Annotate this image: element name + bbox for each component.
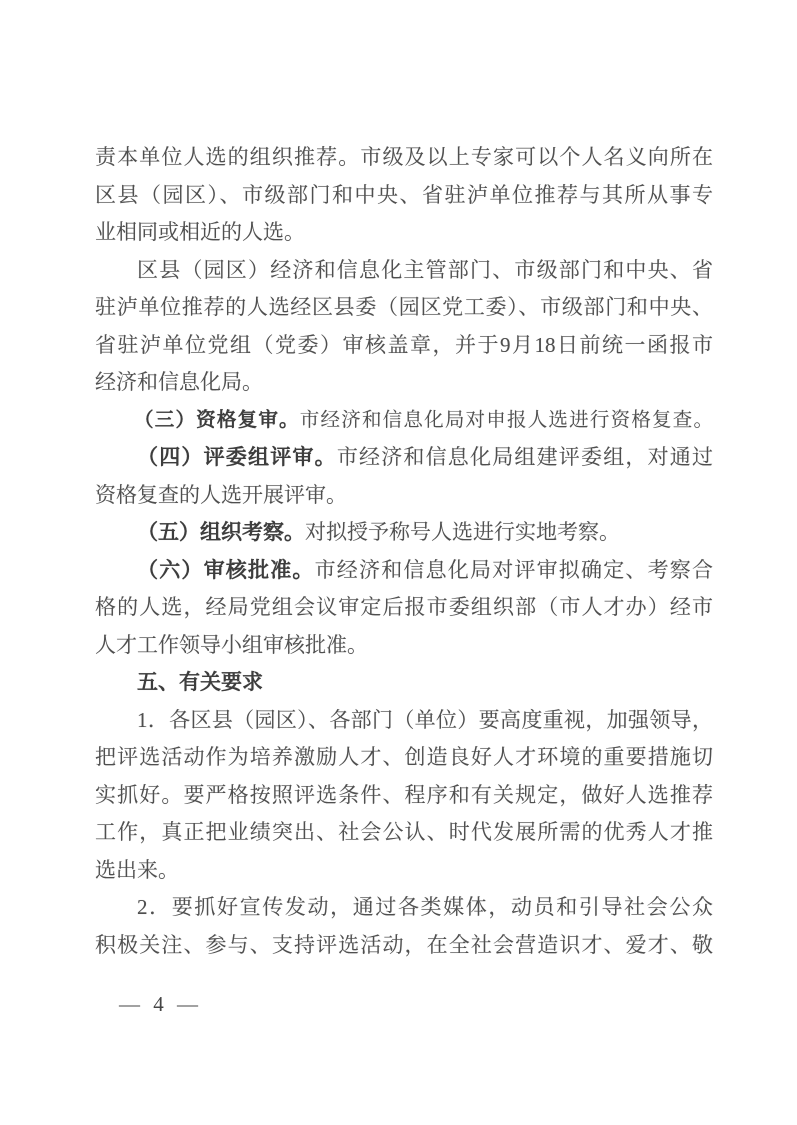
text-line: 驻泸单位推荐的人选经区县委（园区党工委）、市级部门和中央、 <box>95 289 713 327</box>
text-line: 区县（园区）经济和信息化主管部门、市级部门和中央、省 <box>95 252 713 290</box>
text-line: 积极关注、参与、支持评选活动，在全社会营造识才、爱才、敬 <box>95 927 713 965</box>
text-line: （六）审核批准。市经济和信息化局对评审拟确定、考察合 <box>95 552 713 590</box>
text-line: 2．要抓好宣传发动，通过各类媒体，动员和引导社会公众 <box>95 889 713 927</box>
text-line: （四）评委组评审。市经济和信息化局组建评委组，对通过 <box>95 439 713 477</box>
text-line: 资格复查的人选开展评审。 <box>95 477 713 515</box>
text-line: （三）资格复审。市经济和信息化局对申报人选进行资格复查。 <box>95 402 713 440</box>
line-text: 实抓好。要严格按照评选条件、程序和有关规定，做好人选推荐 <box>95 783 713 807</box>
bold-run: （六）审核批准。 <box>137 558 315 582</box>
line-text: 驻泸单位推荐的人选经区县委（园区党工委）、市级部门和中央、 <box>95 295 713 319</box>
text-line: 把评选活动作为培养激励人才、创造良好人才环境的重要措施切 <box>95 739 713 777</box>
text-line: 经济和信息化局。 <box>95 364 713 402</box>
bold-run: （三）资格复审。 <box>134 410 300 431</box>
text-line: 人才工作领导小组审核批准。 <box>95 627 713 665</box>
text-line: 省驻泸单位党组（党委）审核盖章，并于9月18日前统一函报市 <box>95 327 713 365</box>
text-line: 1．各区县（园区）、各部门（单位）要高度重视，加强领导， <box>95 702 713 740</box>
text-line: 责本单位人选的组织推荐。市级及以上专家可以个人名义向所在 <box>95 139 713 177</box>
line-text: 资格复查的人选开展评审。 <box>95 483 347 507</box>
document-body: 责本单位人选的组织推荐。市级及以上专家可以个人名义向所在区县（园区）、市级部门和… <box>95 139 713 964</box>
page-number: — 4 — <box>119 989 202 1019</box>
line-text: 对拟授予称号人选进行实地考察。 <box>305 520 620 544</box>
text-line: 工作，真正把业绩突出、社会公认、时代发展所需的优秀人才推 <box>95 814 713 852</box>
text-line: 实抓好。要严格按照评选条件、程序和有关规定，做好人选推荐 <box>95 777 713 815</box>
bold-run: （四）评委组评审。 <box>137 445 337 469</box>
line-text: 市经济和信息化局对评审拟确定、考察合 <box>315 558 713 582</box>
line-text: 选出来。 <box>95 858 179 882</box>
line-text: 经济和信息化局。 <box>95 370 263 394</box>
bold-run: （五）组织考察。 <box>137 520 305 544</box>
line-text: 责本单位人选的组织推荐。市级及以上专家可以个人名义向所在 <box>95 145 713 169</box>
document-page: 责本单位人选的组织推荐。市级及以上专家可以个人名义向所在区县（园区）、市级部门和… <box>0 0 797 1125</box>
line-text: 格的人选，经局党组会议审定后报市委组织部（市人才办）经市 <box>95 595 713 619</box>
line-text: 工作，真正把业绩突出、社会公认、时代发展所需的优秀人才推 <box>95 820 713 844</box>
line-text: 市经济和信息化局对申报人选进行资格复查。 <box>300 410 713 431</box>
line-text: 区县（园区）、市级部门和中央、省驻泸单位推荐与其所从事专 <box>95 183 713 207</box>
line-text: 区县（园区）经济和信息化主管部门、市级部门和中央、省 <box>137 258 713 282</box>
line-text: 2．要抓好宣传发动，通过各类媒体，动员和引导社会公众 <box>137 895 713 919</box>
text-line: 格的人选，经局党组会议审定后报市委组织部（市人才办）经市 <box>95 589 713 627</box>
text-line: 业相同或相近的人选。 <box>95 214 713 252</box>
line-text: 1．各区县（园区）、各部门（单位）要高度重视，加强领导， <box>137 708 713 732</box>
bold-run: 五、有关要求 <box>137 670 263 694</box>
line-text: 市经济和信息化局组建评委组，对通过 <box>337 445 713 469</box>
text-line: 五、有关要求 <box>95 664 713 702</box>
text-line: 选出来。 <box>95 852 713 890</box>
line-text: 省驻泸单位党组（党委）审核盖章，并于9月18日前统一函报市 <box>95 333 713 357</box>
text-line: 区县（园区）、市级部门和中央、省驻泸单位推荐与其所从事专 <box>95 177 713 215</box>
line-text: 业相同或相近的人选。 <box>95 220 305 244</box>
text-line: （五）组织考察。对拟授予称号人选进行实地考察。 <box>95 514 713 552</box>
line-text: 积极关注、参与、支持评选活动，在全社会营造识才、爱才、敬 <box>95 933 713 957</box>
line-text: 把评选活动作为培养激励人才、创造良好人才环境的重要措施切 <box>95 745 713 769</box>
line-text: 人才工作领导小组审核批准。 <box>95 633 368 657</box>
